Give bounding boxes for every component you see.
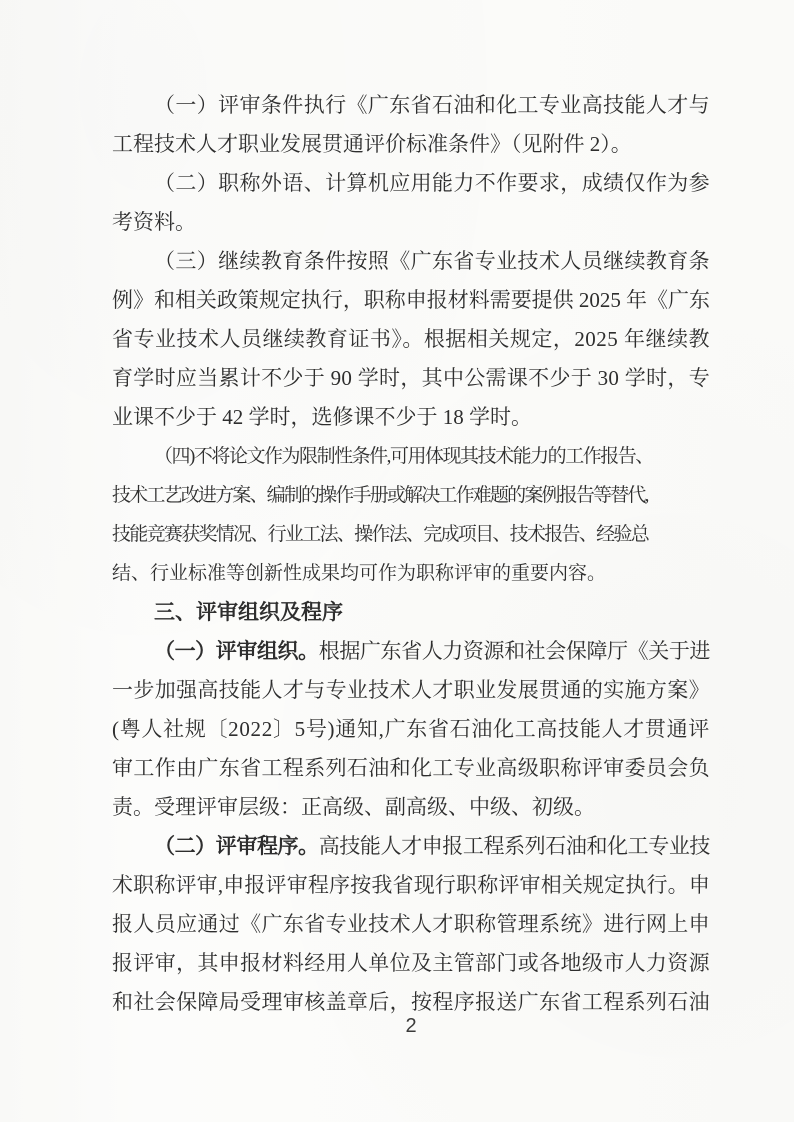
text-line: 结、行业标准等创新性成果均可作为职称评审的重要内容。 [112,554,710,593]
bold-run: （二）评审程序。 [154,834,319,858]
text-run: 结、行业标准等创新性成果均可作为职称评审的重要内容。 [112,563,606,584]
item-1-evaluation-criteria: （一）评审条件执行《广东省石油和化工专业高技能人才与工程技术人才职业发展贯通评价… [112,86,710,164]
text-line: (粤人社规〔2022〕5号)通知,广东省石油化工高技能人才贯通评 [112,710,710,749]
text-run: 技术工艺改进方案、编制的操作手册或解决工作难题的案例报告等替代, [112,485,648,506]
text-line: （四)不将论文作为限制性条件,可用体现其技术能力的工作报告、 [112,437,710,476]
item-2-foreign-language-computer: （二）职称外语、计算机应用能力不作要求，成绩仅作为参考资料。 [112,164,710,242]
text-run: 技能竞赛获奖情况、行业工法、操作法、完成项目、技术报告、经验总 [112,524,648,545]
text-line: 技能竞赛获奖情况、行业工法、操作法、完成项目、技术报告、经验总 [112,515,710,554]
text-line: （一）评审条件执行《广东省石油和化工专业高技能人才与 [112,86,710,125]
text-run: 术职称评审,申报评审程序按我省现行职称评审相关规定执行。申 [112,873,710,897]
text-run: （三）继续教育条件按照《广东省专业技术人员继续教育条 [154,249,710,273]
section-heading-3-organization-procedure: 三、评审组织及程序 [112,593,710,632]
text-run: 育学时应当累计不少于 90 学时，其中公需课不少于 30 学时，专 [112,366,710,390]
bold-run: 三、评审组织及程序 [154,600,343,624]
text-run: 省专业技术人员继续教育证书》。根据相关规定，2025 年继续教 [112,327,710,351]
text-run: 责。受理评审层级：正高级、副高级、中级、初级。 [112,795,595,819]
item-2-review-procedure: （二）评审程序。高技能人才申报工程系列石油和化工专业技术职称评审,申报评审程序按… [112,827,710,1022]
text-line: 省专业技术人员继续教育证书》。根据相关规定，2025 年继续教 [112,320,710,359]
document-body: （一）评审条件执行《广东省石油和化工专业高技能人才与工程技术人才职业发展贯通评价… [112,86,710,1022]
text-run: （四)不将论文作为限制性条件,可用体现其技术能力的工作报告、 [154,446,653,467]
text-line: 报评审，其申报材料经用人单位及主管部门或各地级市人力资源 [112,944,710,983]
text-run: 报评审，其申报材料经用人单位及主管部门或各地级市人力资源 [112,951,710,975]
item-4-paper-not-restrictive: （四)不将论文作为限制性条件,可用体现其技术能力的工作报告、技术工艺改进方案、编… [112,437,710,593]
text-run: （一）评审条件执行《广东省石油和化工专业高技能人才与 [154,93,710,117]
text-line: 三、评审组织及程序 [112,593,710,632]
text-line: 例》和相关政策规定执行，职称申报材料需要提供 2025 年《广东 [112,281,710,320]
text-run: 工程技术人才职业发展贯通评价标准条件》（见附件 2）。 [112,132,632,156]
text-run: 审工作由广东省工程系列石油和化工专业高级职称评审委员会负 [112,756,710,780]
text-run: 一步加强高技能人才与专业技术人才职业发展贯通的实施方案》 [112,678,710,702]
text-line: （三）继续教育条件按照《广东省专业技术人员继续教育条 [112,242,710,281]
text-run: 业课不少于 42 学时，选修课不少于 18 学时。 [112,405,532,429]
text-line: 工程技术人才职业发展贯通评价标准条件》（见附件 2）。 [112,125,710,164]
text-line: 技术工艺改进方案、编制的操作手册或解决工作难题的案例报告等替代, [112,476,710,515]
text-line: 责。受理评审层级：正高级、副高级、中级、初级。 [112,788,710,827]
text-line: （二）职称外语、计算机应用能力不作要求，成绩仅作为参 [112,164,710,203]
text-line: 业课不少于 42 学时，选修课不少于 18 学时。 [112,398,710,437]
bold-run: （一）评审组织。 [154,639,319,663]
text-line: 育学时应当累计不少于 90 学时，其中公需课不少于 30 学时，专 [112,359,710,398]
text-run: （二）职称外语、计算机应用能力不作要求，成绩仅作为参 [154,171,710,195]
text-line: （二）评审程序。高技能人才申报工程系列石油和化工专业技 [112,827,710,866]
text-run: (粤人社规〔2022〕5号)通知,广东省石油化工高技能人才贯通评 [112,717,710,741]
item-1-review-organization: （一）评审组织。根据广东省人力资源和社会保障厅《关于进一步加强高技能人才与专业技… [112,632,710,827]
text-line: 考资料。 [112,203,710,242]
text-line: 报人员应通过《广东省专业技术人才职称管理系统》进行网上申 [112,905,710,944]
scanned-document-page: （一）评审条件执行《广东省石油和化工专业高技能人才与工程技术人才职业发展贯通评价… [0,0,794,1122]
text-run: 根据广东省人力资源和社会保障厅《关于进 [319,639,710,663]
page-number: 2 [112,1011,710,1041]
text-line: （一）评审组织。根据广东省人力资源和社会保障厅《关于进 [112,632,710,671]
item-3-continuing-education: （三）继续教育条件按照《广东省专业技术人员继续教育条例》和相关政策规定执行，职称… [112,242,710,437]
text-run: 考资料。 [112,210,196,234]
text-line: 审工作由广东省工程系列石油和化工专业高级职称评审委员会负 [112,749,710,788]
text-run: 高技能人才申报工程系列石油和化工专业技 [319,834,710,858]
text-line: 术职称评审,申报评审程序按我省现行职称评审相关规定执行。申 [112,866,710,905]
text-run: 报人员应通过《广东省专业技术人才职称管理系统》进行网上申 [112,912,710,936]
text-run: 例》和相关政策规定执行，职称申报材料需要提供 2025 年《广东 [112,288,710,312]
text-line: 一步加强高技能人才与专业技术人才职业发展贯通的实施方案》 [112,671,710,710]
